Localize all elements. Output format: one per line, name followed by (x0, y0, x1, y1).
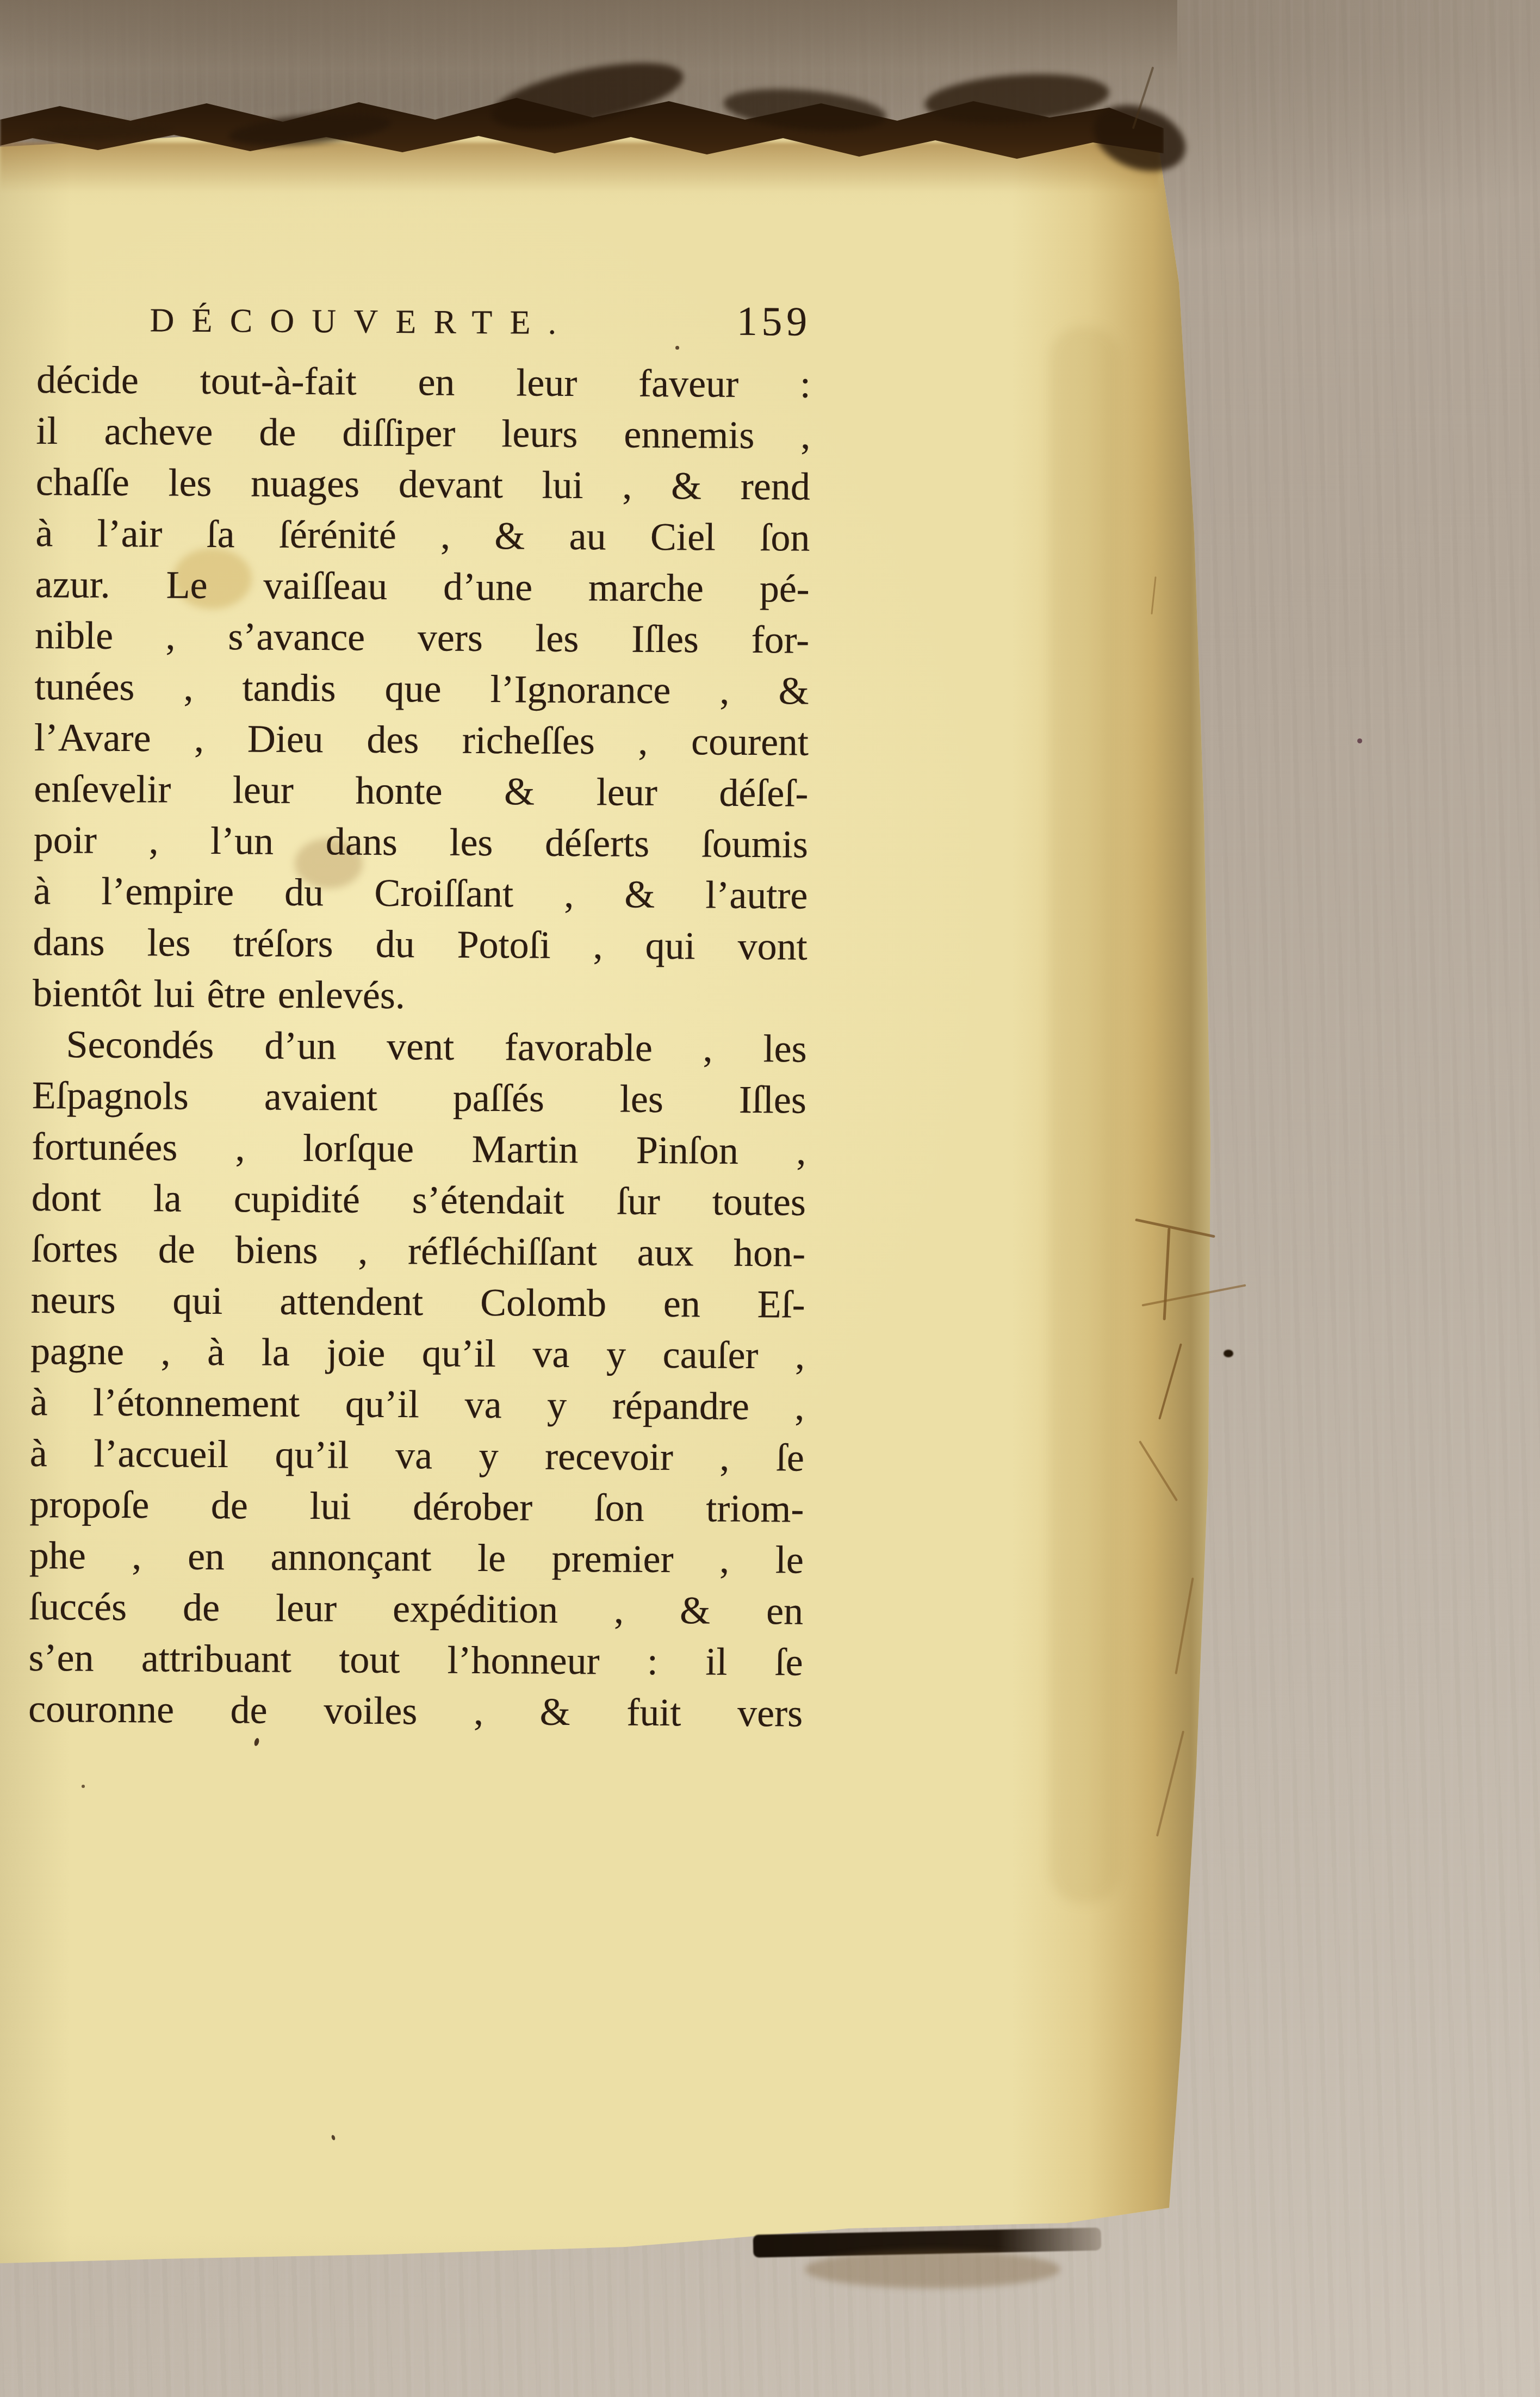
stain-speck (82, 1785, 85, 1788)
text-line: Secondés d’un vent favorable , les (32, 1019, 807, 1075)
body-text: décide tout-à-fait en leur faveur :il ac… (28, 354, 811, 1739)
text-line: à l’air ſa ſérénité , & au Ciel ſon (35, 507, 810, 563)
stain-speck (1224, 1350, 1233, 1357)
text-line: l’Avare , Dieu des richeſſes , courent (34, 712, 809, 768)
text-line: bientôt lui être enlevés. (33, 967, 808, 1023)
stain-speck (1357, 738, 1362, 743)
text-line: fortunées , lorſque Martin Pinſon , (32, 1121, 806, 1177)
page-number: 159 (737, 298, 811, 346)
text-line: à l’empire du Croiſſant , & l’autre (33, 865, 808, 921)
text-line: il acheve de diſſiper leurs ennemis , (36, 405, 811, 461)
text-line: tunées , tandis que l’Ignorance , & (34, 661, 809, 717)
text-line: Eſpagnols avaient paſſés les Iſles (32, 1070, 807, 1126)
text-line: propoſe de lui dérober ſon triom- (29, 1479, 804, 1535)
text-line: ſortes de biens , réfléchiſſant aux hon- (31, 1223, 806, 1279)
text-line: dans les tréſors du Potoſi , qui vont (33, 916, 808, 972)
text-line: à l’étonnement qu’il va y répandre , (30, 1376, 805, 1432)
text-line: nible , s’avance vers les Iſles for- (35, 610, 810, 666)
text-line: s’en attribuant tout l’honneur : il ſe (28, 1632, 803, 1688)
running-head-title: DÉCOUVERTE. (150, 301, 574, 343)
bottom-smudge (805, 2250, 1060, 2288)
text-line: décide tout-à-fait en leur faveur : (36, 354, 811, 410)
text-line: azur. Le vaiſſeau d’une marche pé- (35, 558, 810, 614)
page-curvature-shading (1050, 326, 1120, 1903)
text-line: phe , en annonçant le premier , le (29, 1530, 804, 1586)
text-line: neurs qui attendent Colomb en Eſ- (30, 1274, 805, 1330)
text-line: enſevelir leur honte & leur déſeſ- (34, 763, 809, 819)
text-line: à l’accueil qu’il va y recevoir , ſe (30, 1427, 805, 1483)
text-line: ſuccés de leur expédition , & en (29, 1581, 804, 1637)
text-line: dont la cupidité s’étendait ſur toutes (32, 1172, 806, 1228)
text-line: chaſſe les nuages devant lui , & rend (36, 456, 811, 512)
page-header: DÉCOUVERTE. 159 (36, 294, 811, 346)
text-line: couronne de voiles , & fuit vers (28, 1683, 803, 1739)
printed-content: DÉCOUVERTE. 159 décide tout-à-fait en le… (28, 294, 811, 1739)
text-line: poir , l’un dans les déſerts ſoumis (34, 814, 809, 870)
text-line: pagne , à la joie qu’il va y cauſer , (30, 1325, 805, 1381)
